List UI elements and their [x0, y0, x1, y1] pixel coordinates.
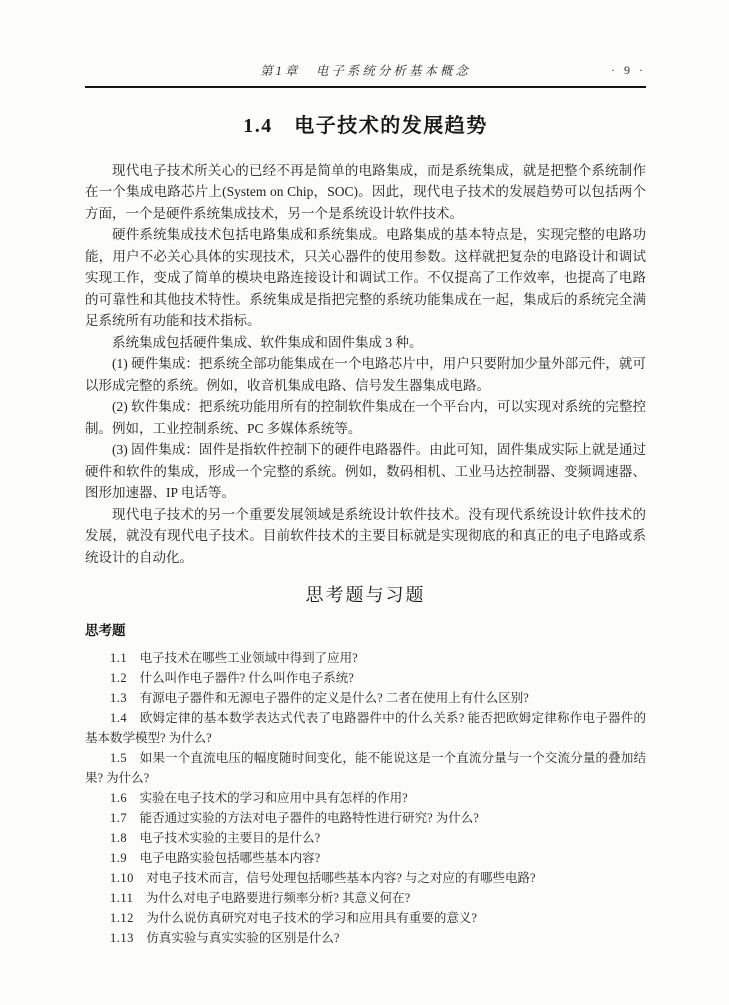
- section-title: 1.4 电子技术的发展趋势: [85, 114, 646, 138]
- book-page: 第1章 电子系统分析基本概念 · 9 · 1.4 电子技术的发展趋势 现代电子技…: [0, 0, 729, 1005]
- page-content: 第1章 电子系统分析基本概念 · 9 · 1.4 电子技术的发展趋势 现代电子技…: [85, 0, 646, 948]
- body-text: 现代电子技术所关心的已经不再是简单的电路集成，而是系统集成，就是把整个系统制作在…: [85, 160, 646, 569]
- question-item: 1.3有源电子器件和无源电子器件的定义是什么? 二者在使用上有什么区别?: [85, 688, 646, 708]
- list-item-software: (2) 软件集成：把系统功能用所有的控制软件集成在一个平台内，可以实现对系统的完…: [85, 396, 646, 439]
- question-text: 欧姆定律的基本数学表达式代表了电路器件中的什么关系? 能否把欧姆定律称作电子器件…: [85, 711, 646, 745]
- question-text: 什么叫作电子器件? 什么叫作电子系统?: [140, 671, 354, 685]
- question-item: 1.13仿真实验与真实实验的区别是什么?: [85, 928, 646, 948]
- question-number: 1.10: [110, 871, 134, 885]
- question-item: 1.4欧姆定律的基本数学表达式代表了电路器件中的什么关系? 能否把欧姆定律称作电…: [85, 708, 646, 748]
- list-item-firmware: (3) 固件集成：固件是指软件控制下的硬件电路器件。由此可知，固件集成实际上就是…: [85, 439, 646, 504]
- question-item: 1.12为什么说仿真研究对电子技术的学习和应用具有重要的意义?: [85, 908, 646, 928]
- question-number: 1.8: [110, 831, 127, 845]
- question-item: 1.2什么叫作电子器件? 什么叫作电子系统?: [85, 668, 646, 688]
- list-item-hardware: (1) 硬件集成：把系统全部功能集成在一个电路芯片中，用户只要附加少量外部元件，…: [85, 353, 646, 396]
- question-list: 1.1电子技术在哪些工业领域中得到了应用? 1.2什么叫作电子器件? 什么叫作电…: [85, 648, 646, 948]
- question-item: 1.7能否通过实验的方法对电子器件的电路特性进行研究? 为什么?: [85, 808, 646, 828]
- question-text: 实验在电子技术的学习和应用中具有怎样的作用?: [140, 791, 408, 805]
- page-number: · 9 ·: [611, 62, 646, 79]
- question-item: 1.10对电子技术而言，信号处理包括哪些基本内容? 与之对应的有哪些电路?: [85, 868, 646, 888]
- running-chapter-title: 第1章 电子系统分析基本概念: [260, 64, 471, 78]
- question-item: 1.11为什么对电子电路要进行频率分析? 其意义何在?: [85, 888, 646, 908]
- question-item: 1.6实验在电子技术的学习和应用中具有怎样的作用?: [85, 788, 646, 808]
- running-header: 第1章 电子系统分析基本概念 · 9 ·: [85, 0, 646, 79]
- exercises-subheading: 思考题: [85, 622, 646, 639]
- paragraph-intro: 现代电子技术所关心的已经不再是简单的电路集成，而是系统集成，就是把整个系统制作在…: [85, 160, 646, 225]
- question-number: 1.9: [110, 851, 127, 865]
- question-number: 1.12: [110, 911, 134, 925]
- question-text: 电子技术实验的主要目的是什么?: [140, 831, 321, 845]
- question-number: 1.4: [110, 711, 127, 725]
- question-item: 1.8电子技术实验的主要目的是什么?: [85, 828, 646, 848]
- question-number: 1.7: [110, 811, 127, 825]
- question-text: 电子电路实验包括哪些基本内容?: [140, 851, 321, 865]
- paragraph-design-software: 现代电子技术的另一个重要发展领域是系统设计软件技术。没有现代系统设计软件技术的发…: [85, 504, 646, 569]
- question-number: 1.13: [110, 931, 134, 945]
- exercises-heading: 思考题与习题: [85, 583, 646, 607]
- question-text: 如果一个直流电压的幅度随时间变化，能不能说这是一个直流分量与一个交流分量的叠加结…: [85, 751, 646, 785]
- header-rule: [85, 86, 646, 88]
- paragraph-hardware-integration: 硬件系统集成技术包括电路集成和系统集成。电路集成的基本特点是，实现完整的电路功能…: [85, 224, 646, 332]
- question-item: 1.5如果一个直流电压的幅度随时间变化，能不能说这是一个直流分量与一个交流分量的…: [85, 748, 646, 788]
- question-number: 1.2: [110, 671, 127, 685]
- question-text: 对电子技术而言，信号处理包括哪些基本内容? 与之对应的有哪些电路?: [146, 871, 535, 885]
- question-number: 1.1: [110, 651, 127, 665]
- question-text: 电子技术在哪些工业领域中得到了应用?: [140, 651, 358, 665]
- question-number: 1.6: [110, 791, 127, 805]
- paragraph-integration-types: 系统集成包括硬件集成、软件集成和固件集成 3 种。: [85, 332, 646, 354]
- question-text: 仿真实验与真实实验的区别是什么?: [146, 931, 339, 945]
- question-number: 1.5: [110, 751, 127, 765]
- question-item: 1.9电子电路实验包括哪些基本内容?: [85, 848, 646, 868]
- question-text: 能否通过实验的方法对电子器件的电路特性进行研究? 为什么?: [140, 811, 479, 825]
- question-number: 1.11: [110, 891, 133, 905]
- question-item: 1.1电子技术在哪些工业领域中得到了应用?: [85, 648, 646, 668]
- question-number: 1.3: [110, 691, 127, 705]
- question-text: 为什么对电子电路要进行频率分析? 其意义何在?: [146, 891, 410, 905]
- question-text: 有源电子器件和无源电子器件的定义是什么? 二者在使用上有什么区别?: [140, 691, 529, 705]
- question-text: 为什么说仿真研究对电子技术的学习和应用具有重要的意义?: [146, 911, 477, 925]
